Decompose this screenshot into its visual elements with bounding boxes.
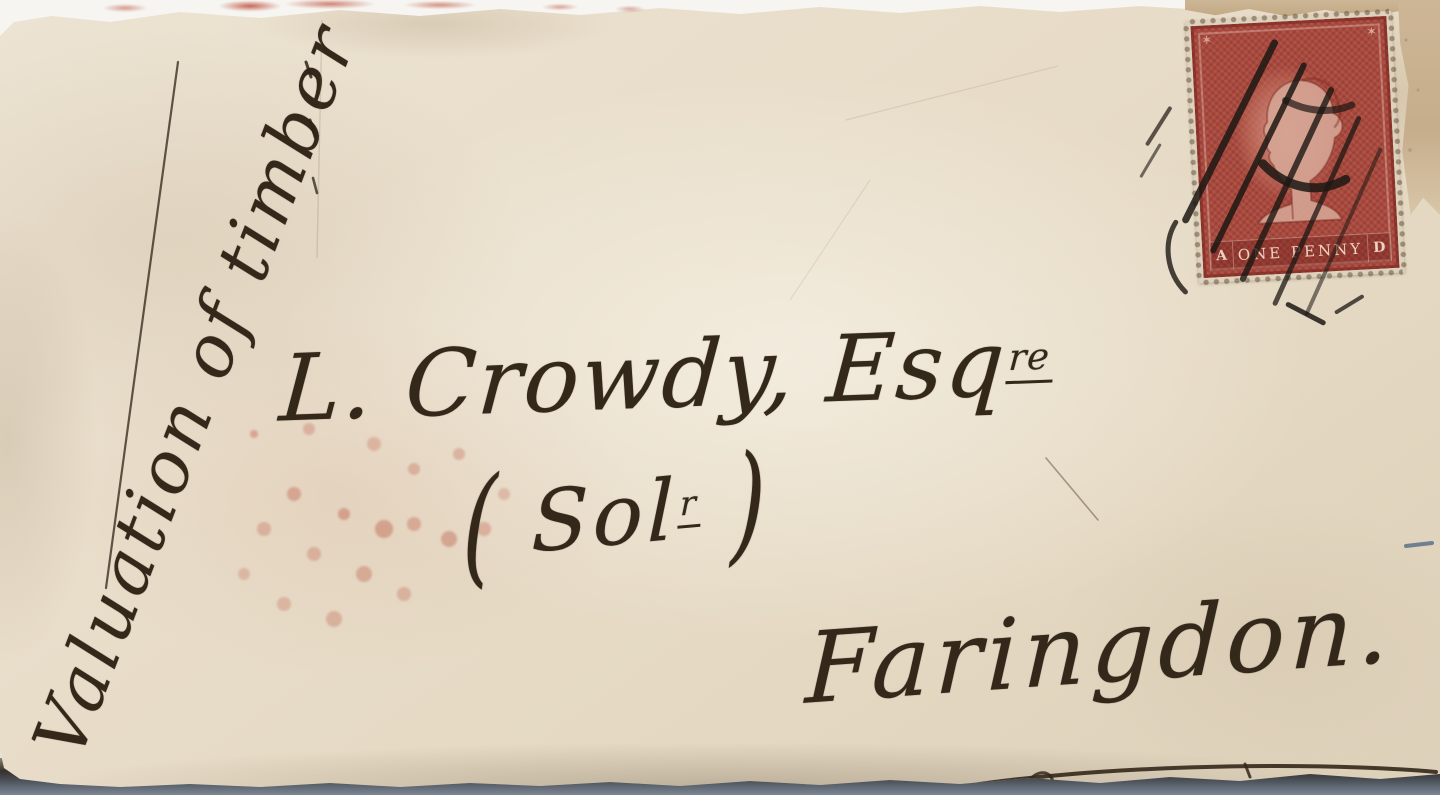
address-line-town: Faringdon.: [804, 571, 1396, 727]
open-paren: (: [461, 449, 502, 602]
queen-head-silhouette: [1251, 78, 1347, 223]
paper-crease-diagonal-1: [846, 66, 1058, 120]
addressee-name-text: L. Crowdy, Esq: [276, 310, 1010, 443]
stamp-corner-letter-a: A: [1209, 241, 1234, 270]
red-residue-marks: [30, 0, 710, 20]
solicitor-superscript: r: [677, 483, 701, 529]
close-paren: ): [730, 425, 771, 578]
address-line-solicitor: ( Solr ): [462, 448, 771, 578]
address-line-name: L. Crowdy, Esqre: [276, 308, 1057, 442]
comma-mark: [1245, 764, 1250, 777]
red-stain-speckles: [250, 430, 258, 438]
queen-victoria-profile: [1224, 40, 1362, 242]
solicitor-abbrev-text: Sol: [531, 460, 679, 571]
esquire-superscript: re: [1005, 334, 1056, 384]
stamp-corner-letter-d: D: [1367, 233, 1392, 262]
pen-flick-stroke: [1046, 458, 1098, 520]
stamp-star-ornament-right: ✶: [1366, 25, 1378, 41]
stamp-body: ✶ ✶ A ONE PENNY D: [1191, 16, 1400, 278]
town-text: Faringdon.: [804, 571, 1396, 727]
stamp-star-ornament-left: ✶: [1201, 33, 1213, 49]
penny-red-stamp: ✶ ✶ A ONE PENNY D: [1185, 11, 1404, 283]
blue-ink-dash: [1406, 543, 1432, 546]
paper-crease-diagonal-2: [790, 180, 870, 300]
stamp-denomination-text: ONE PENNY: [1233, 239, 1368, 264]
scanned-envelope-photo: Valuation of timber L. Crowdy, Esqre ( S…: [0, 0, 1440, 795]
